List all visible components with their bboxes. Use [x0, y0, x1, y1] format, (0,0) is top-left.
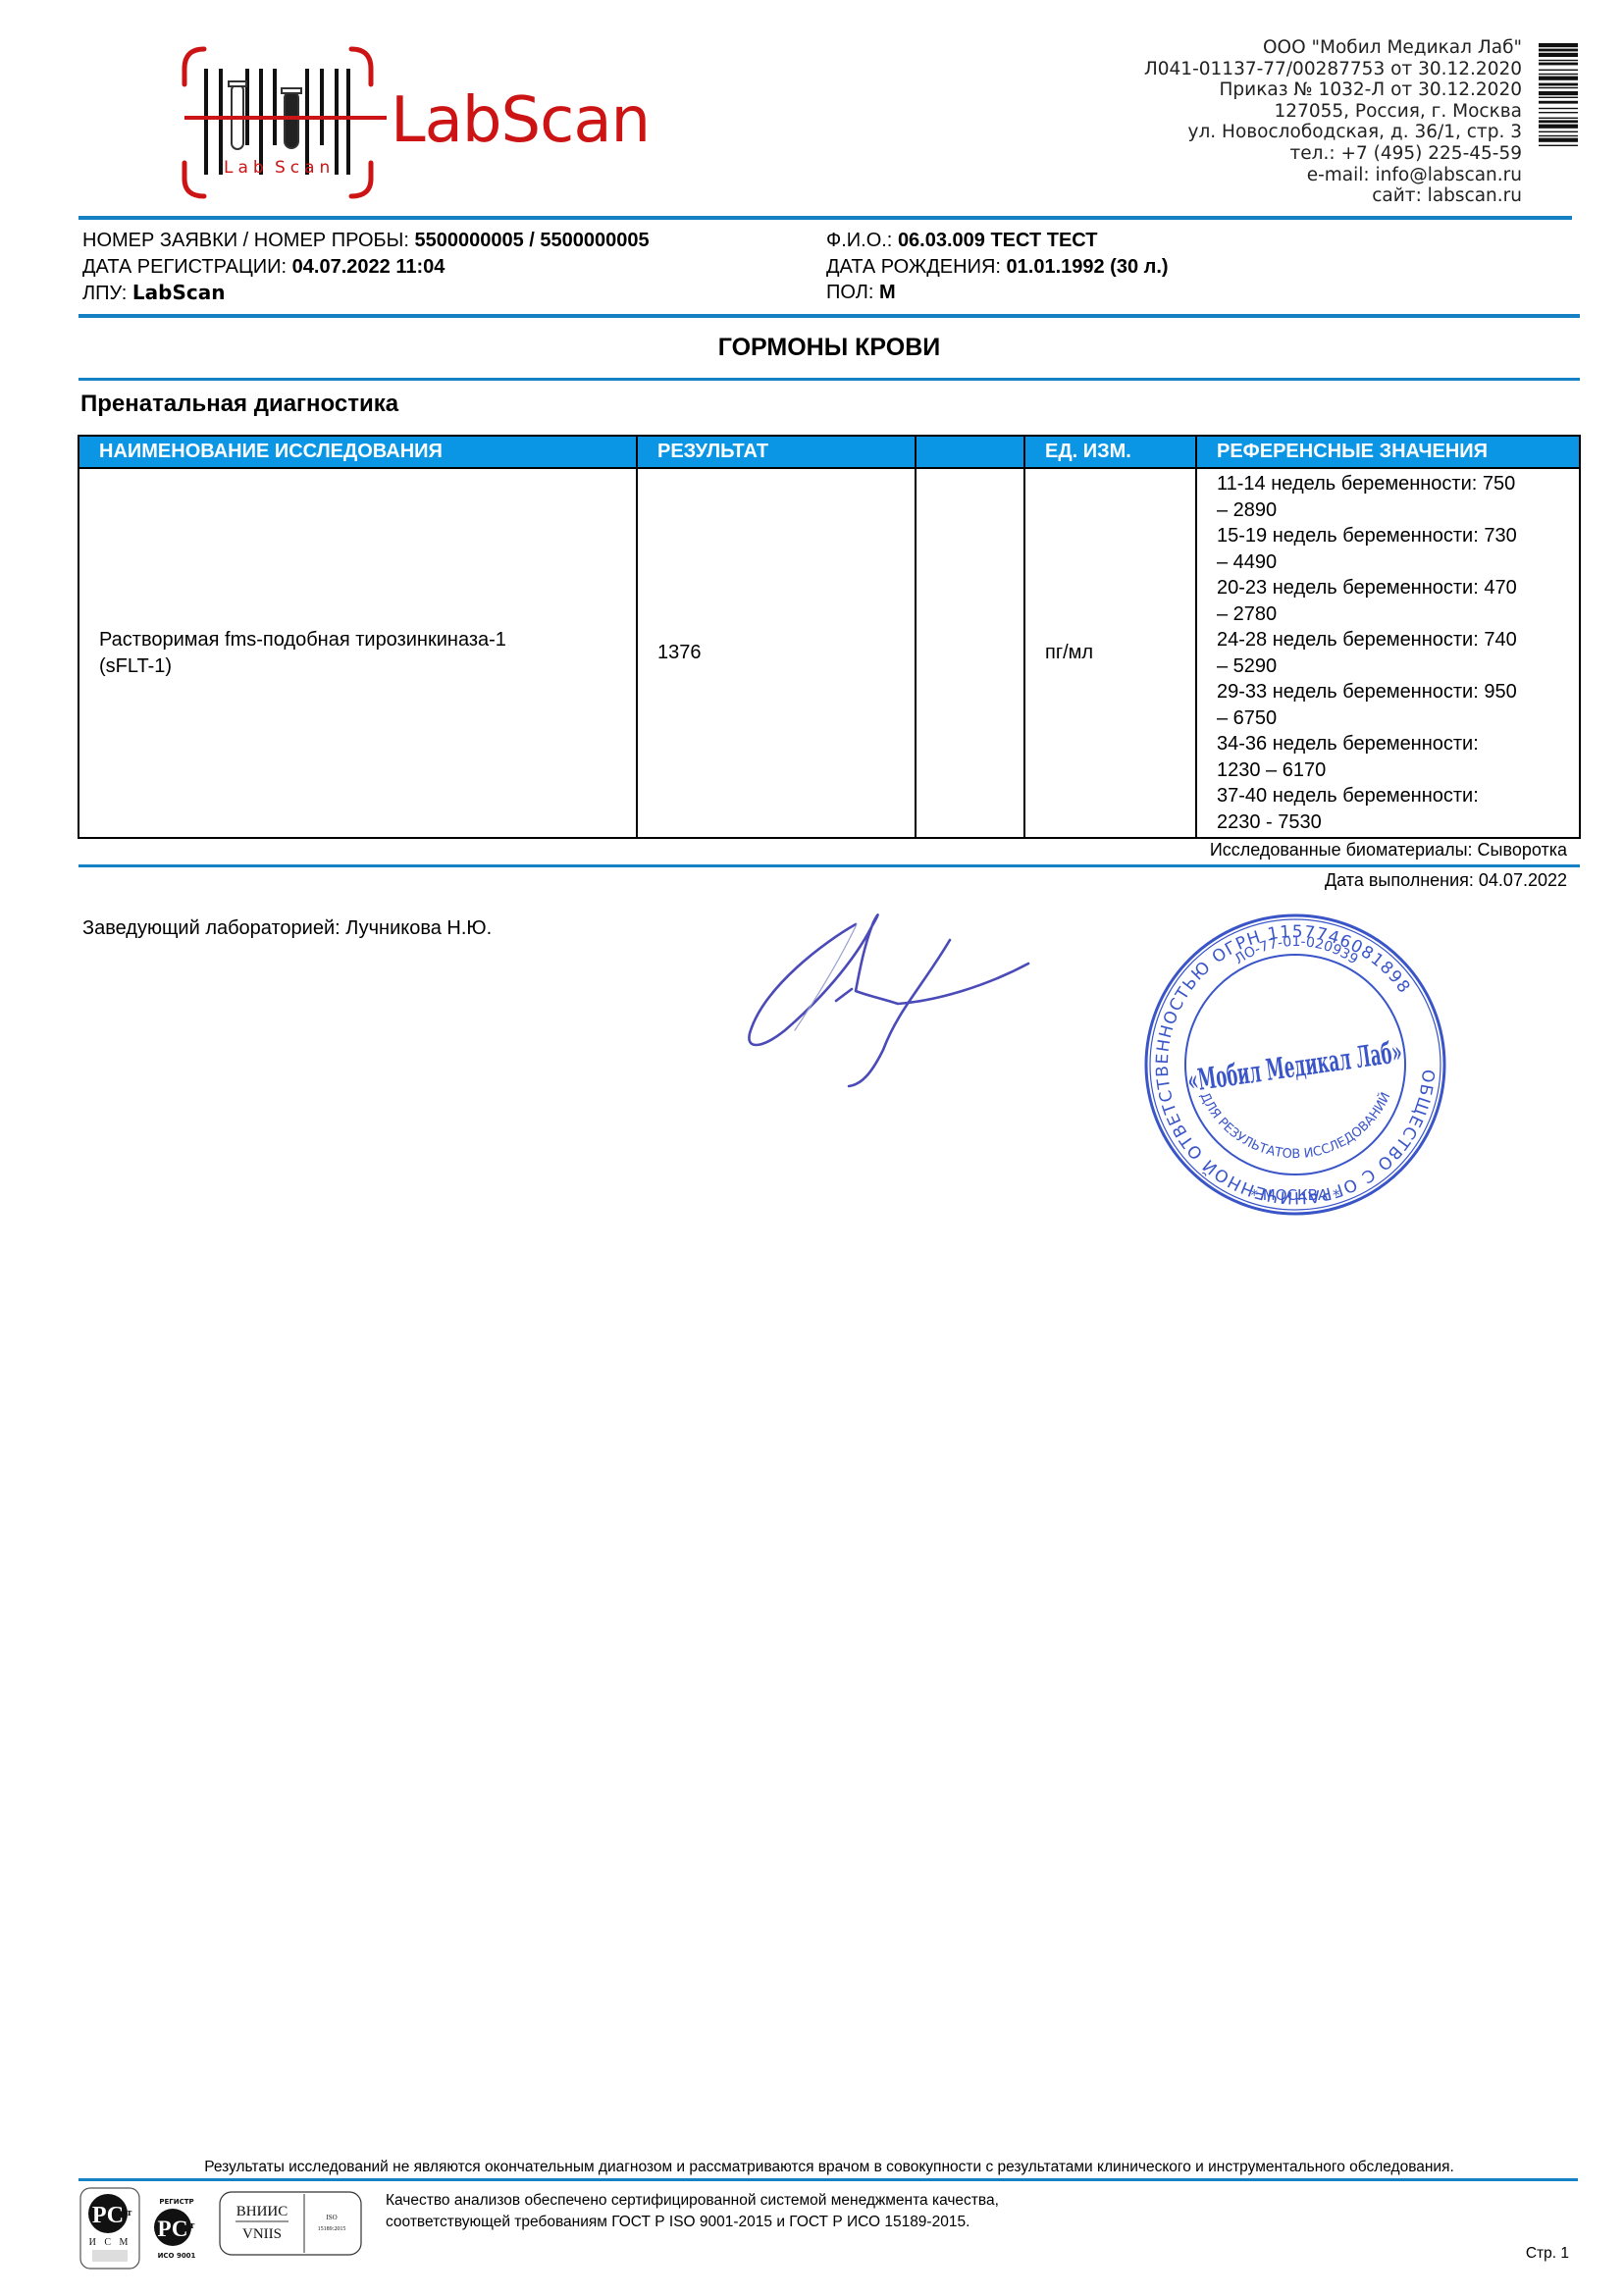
svg-text:ISO: ISO [326, 2214, 337, 2221]
disclaimer: Результаты исследований не являются окон… [0, 2159, 1624, 2176]
patient-sex: ПОЛ: М [826, 280, 896, 306]
test-unit: пг/мл [1024, 468, 1196, 838]
org-license: Л041-01137-77/00287753 от 30.12.2020 [1144, 59, 1522, 80]
barcode-test-tube-logo-icon: Lab Scan [177, 37, 393, 206]
page-number: Стр. 1 [1526, 2245, 1569, 2263]
divider [79, 378, 1580, 381]
column-header-name: НАИМЕНОВАНИЕ ИССЛЕДОВАНИЯ [79, 436, 637, 468]
svg-text:И С М: И С М [89, 2237, 131, 2248]
column-header-flag [916, 436, 1024, 468]
org-city: 127055, Россия, г. Москва [1144, 101, 1522, 123]
divider [79, 2178, 1578, 2181]
svg-text:ИСО 9001: ИСО 9001 [158, 2252, 196, 2260]
org-email: e-mail: info@labscan.ru [1144, 165, 1522, 186]
barcode-icon [1539, 43, 1578, 212]
test-name: Растворимая fms-подобная тирозинкиназа-1… [79, 468, 637, 838]
svg-text:РС: РС [158, 2217, 188, 2241]
signature-icon [726, 893, 1060, 1109]
stamp-icon: ОБЩЕСТВО С ОГРАНИЧЕННОЙ ОТВЕТСТВЕННОСТЬЮ… [1138, 908, 1452, 1222]
org-order: Приказ № 1032-Л от 30.12.2020 [1144, 79, 1522, 101]
rst-ism-cert-icon: РС т И С М [80, 2188, 139, 2269]
org-site: сайт: labscan.ru [1144, 185, 1522, 207]
svg-text:ВНИИС: ВНИИС [236, 2204, 288, 2219]
biomaterial-note: Исследованные биоматериалы: Сыворотка [1210, 840, 1567, 861]
rst-registr-cert-icon: РЕГИСТР РС т ИСО 9001 [154, 2198, 196, 2260]
svg-text:* МОСКВА *: * МОСКВА * [1251, 1186, 1340, 1204]
org-name: ООО "Мобил Медикал Лаб" [1144, 37, 1522, 59]
svg-text:РЕГИСТР: РЕГИСТР [159, 2198, 193, 2206]
logo-wordmark: LabScan [391, 84, 650, 157]
labscan-logo: Lab Scan LabScan [177, 37, 657, 206]
svg-text:«Мобил Медикал Лаб»: «Мобил Медикал Лаб» [1185, 1035, 1404, 1099]
section-title: Пренатальная диагностика [80, 391, 398, 418]
order-number: НОМЕР ЗАЯВКИ / НОМЕР ПРОБЫ: 5500000005 /… [82, 228, 650, 254]
patient-dob: ДАТА РОЖДЕНИЯ: 01.01.1992 (30 л.) [826, 254, 1169, 281]
svg-text:Lab: Lab [224, 158, 269, 178]
patient-name: Ф.И.О.: 06.03.009 ТЕСТ ТЕСТ [826, 228, 1097, 254]
lpu: ЛПУ: LabScan [82, 280, 225, 307]
table-header-row: НАИМЕНОВАНИЕ ИССЛЕДОВАНИЯ РЕЗУЛЬТАТ ЕД. … [79, 436, 1580, 468]
org-street: ул. Новослободская, д. 36/1, стр. 3 [1144, 122, 1522, 143]
svg-text:VNIIS: VNIIS [242, 2226, 282, 2242]
test-result: 1376 [637, 468, 916, 838]
report-title: ГОРМОНЫ КРОВИ [0, 334, 1624, 362]
completion-date: Дата выполнения: 04.07.2022 [1325, 870, 1567, 891]
test-flag [916, 468, 1024, 838]
svg-text:РС: РС [92, 2203, 124, 2228]
head-of-lab: Заведующий лабораторией: Лучникова Н.Ю. [82, 917, 492, 940]
vniis-cert-icon: ВНИИС VNIIS ISO 15189:2015 [220, 2192, 361, 2255]
test-reference: 11-14 недель беременности: 750 – 2890 15… [1196, 468, 1580, 838]
certification-logos: РС т И С М РЕГИСТР РС т ИСО 9001 ВНИИС V… [79, 2186, 363, 2274]
table-row: Растворимая fms-подобная тирозинкиназа-1… [79, 468, 1580, 838]
svg-text:Scan: Scan [275, 158, 335, 178]
organization-info: ООО "Мобил Медикал Лаб" Л041-01137-77/00… [1144, 37, 1522, 207]
svg-text:15189:2015: 15189:2015 [318, 2226, 346, 2232]
org-phone: тел.: +7 (495) 225-45-59 [1144, 143, 1522, 165]
registration-date: ДАТА РЕГИСТРАЦИИ: 04.07.2022 11:04 [82, 254, 445, 281]
results-table: НАИМЕНОВАНИЕ ИССЛЕДОВАНИЯ РЕЗУЛЬТАТ ЕД. … [78, 435, 1581, 839]
svg-text:т: т [127, 2207, 132, 2218]
quality-statement: Качество анализов обеспечено сертифициро… [386, 2190, 999, 2233]
divider [79, 864, 1580, 867]
divider [79, 216, 1572, 220]
svg-text:т: т [189, 2219, 195, 2231]
column-header-result: РЕЗУЛЬТАТ [637, 436, 916, 468]
column-header-reference: РЕФЕРЕНСНЫЕ ЗНАЧЕНИЯ [1196, 436, 1580, 468]
divider [79, 314, 1580, 318]
column-header-unit: ЕД. ИЗМ. [1024, 436, 1196, 468]
